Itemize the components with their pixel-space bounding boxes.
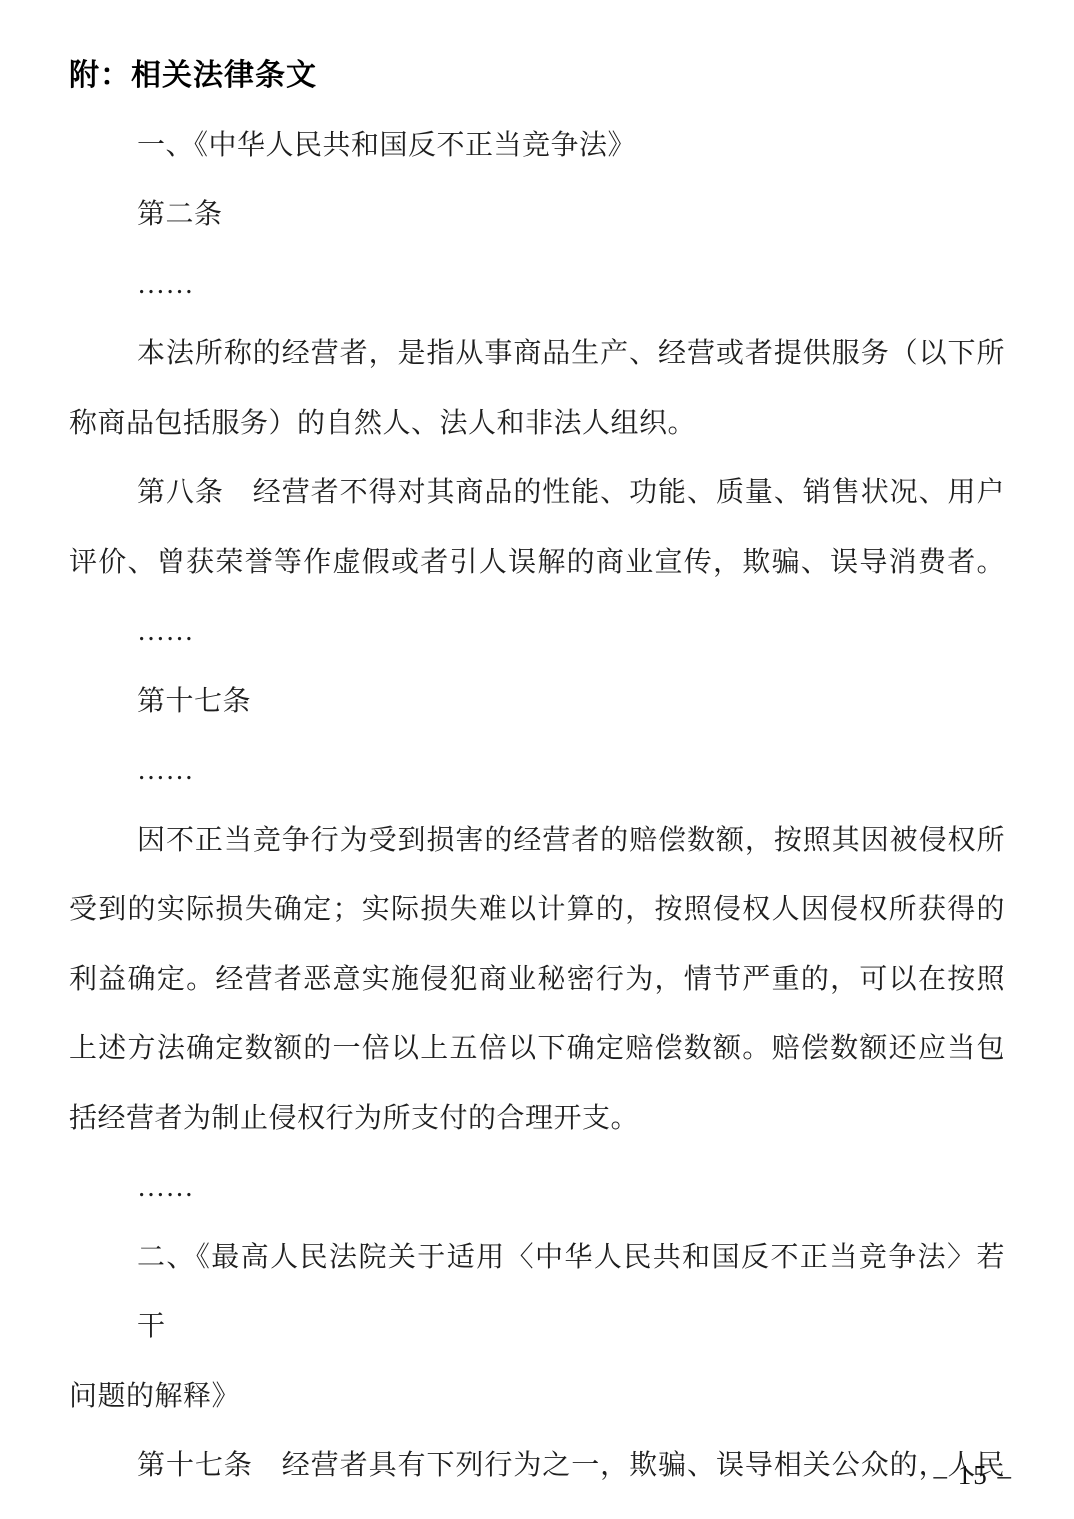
text-line: 上述方法确定数额的一倍以上五倍以下确定赔偿数额。赔偿数额还应当包: [69, 1014, 1005, 1084]
text-line: 利益确定。经营者恶意实施侵犯商业秘密行为，情节严重的，可以在按照: [69, 945, 1005, 1015]
text-line: 一、《中华人民共和国反不正当竞争法》: [69, 111, 1005, 181]
text-line: 第二条: [69, 180, 1005, 250]
text-line: 括经营者为制止侵权行为所支付的合理开支。: [69, 1084, 1005, 1154]
page-number: – 15 –: [934, 1460, 1014, 1490]
text-line: 称商品包括服务）的自然人、法人和非法人组织。: [69, 389, 1005, 459]
text-line: 第十七条 经营者具有下列行为之一，欺骗、误导相关公众的，人民: [69, 1431, 1005, 1501]
text-line: ……: [69, 736, 1005, 806]
text-line: 问题的解释》: [69, 1362, 1005, 1432]
text-line: 受到的实际损失确定；实际损失难以计算的，按照侵权人因侵权所获得的: [69, 875, 1005, 945]
text-line: 评价、曾获荣誉等作虚假或者引人误解的商业宣传，欺骗、误导消费者。: [69, 528, 1005, 598]
document-page: 附：相关法律条文一、《中华人民共和国反不正当竞争法》第二条……本法所称的经营者，…: [0, 0, 1074, 1519]
text-line: 第十七条: [69, 667, 1005, 737]
text-line: 第八条 经营者不得对其商品的性能、功能、质量、销售状况、用户: [69, 458, 1005, 528]
document-title: 附：相关法律条文: [69, 41, 1005, 111]
text-line: 因不正当竞争行为受到损害的经营者的赔偿数额，按照其因被侵权所: [69, 806, 1005, 876]
text-line: ……: [69, 597, 1005, 667]
text-line: 本法所称的经营者，是指从事商品生产、经营或者提供服务（以下所: [69, 319, 1005, 389]
text-line: ……: [69, 1153, 1005, 1223]
document-body: 附：相关法律条文一、《中华人民共和国反不正当竞争法》第二条……本法所称的经营者，…: [69, 41, 1005, 1501]
text-line: ……: [69, 250, 1005, 320]
text-line: 二、《最高人民法院关于适用〈中华人民共和国反不正当竞争法〉若干: [69, 1223, 1005, 1362]
